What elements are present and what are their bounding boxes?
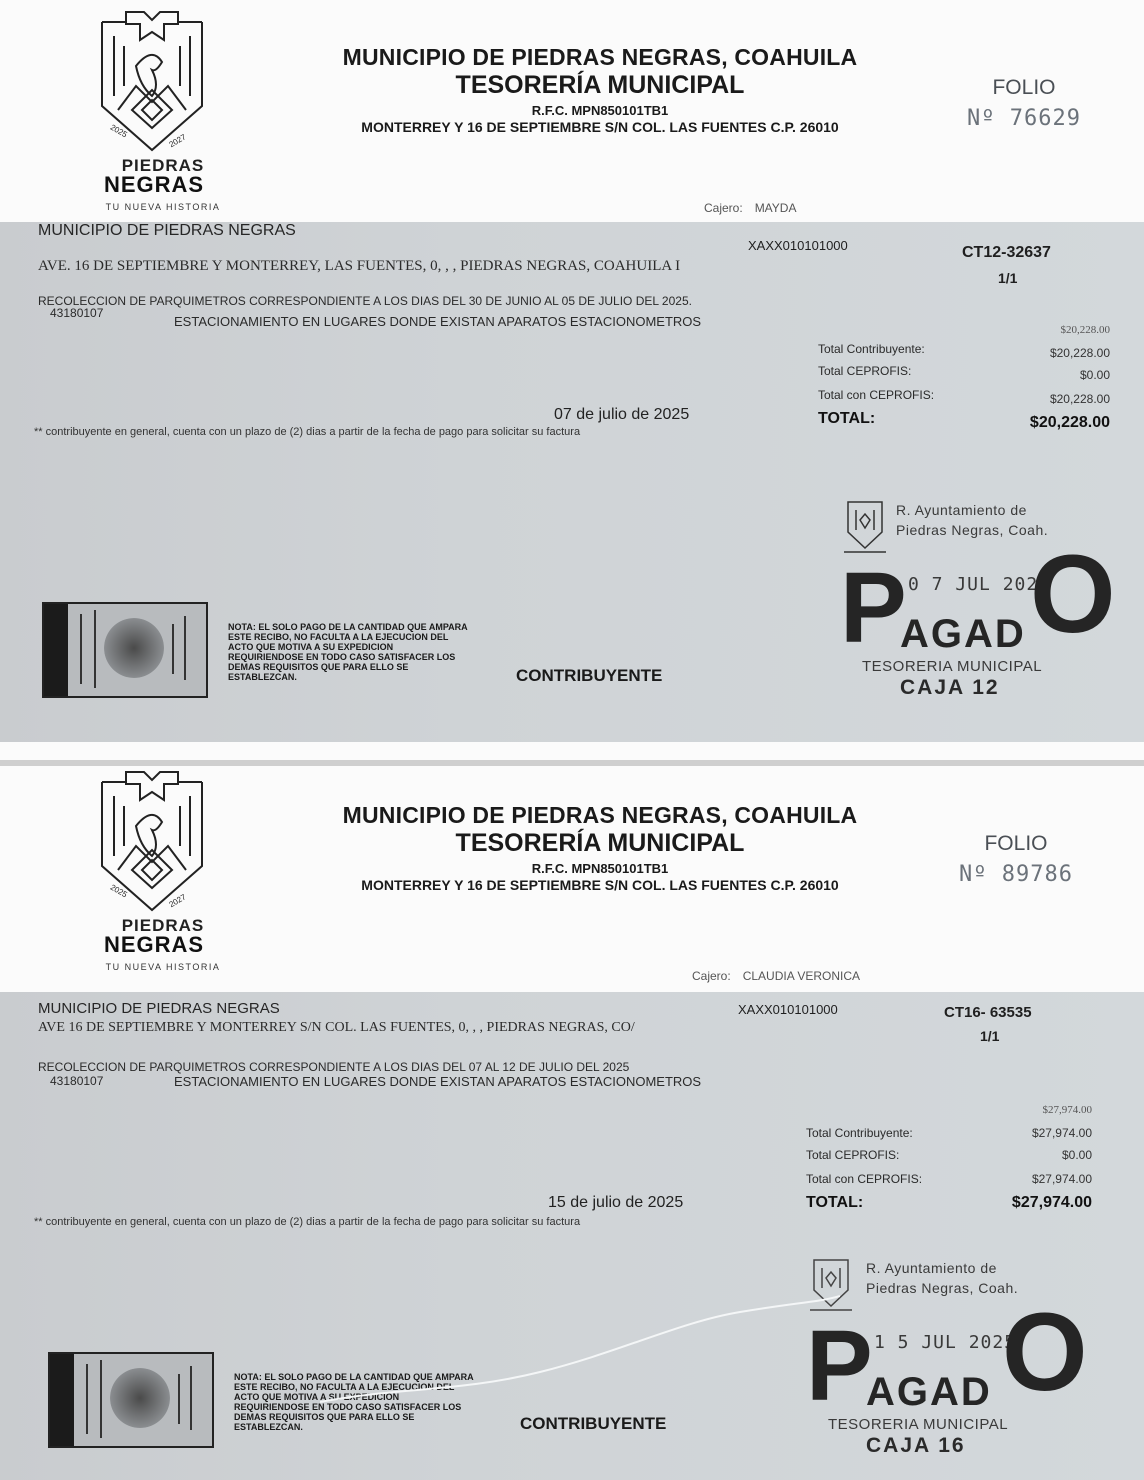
- qr-code-sticker: [48, 1352, 214, 1448]
- ayuntamiento-seal-icon: [840, 496, 890, 556]
- total-contribuyente-label: Total Contribuyente:: [818, 342, 925, 356]
- receipt-id: CT16- 63535: [944, 1004, 1032, 1021]
- stamp-ayuntamiento: R. Ayuntamiento de Piedras Negras, Coah.: [896, 500, 1048, 540]
- header-address: MONTERREY Y 16 DE SEPTIEMBRE S/N COL. LA…: [270, 877, 930, 893]
- ayuntamiento-seal-icon: [806, 1254, 856, 1314]
- paid-stamp: R. Ayuntamiento de Piedras Negras, Coah.…: [840, 490, 1100, 710]
- folio-number: Nº 76629: [954, 106, 1094, 131]
- total-ceprofis-label: Total CEPROFIS:: [806, 1148, 899, 1162]
- concept-code: 43180107: [50, 306, 103, 320]
- concept-description: ESTACIONAMIENTO EN LUGARES DONDE EXISTAN…: [174, 314, 701, 329]
- receipt-header: MUNICIPIO DE PIEDRAS NEGRAS, COAHUILA TE…: [270, 44, 930, 135]
- stamp-agad: AGAD: [900, 612, 1026, 657]
- total-ceprofis-label: Total CEPROFIS:: [818, 364, 911, 378]
- total-label: TOTAL:: [806, 1194, 863, 1212]
- total-contribuyente-label: Total Contribuyente:: [806, 1126, 913, 1140]
- cashier-name: MAYDA: [755, 201, 797, 215]
- stamp-letter-o: O: [1002, 1298, 1088, 1408]
- municipal-logo: 2025 2027 PIEDRAS NEGRAS TU NUEVA HISTOR…: [62, 766, 242, 976]
- stamp-caja: CAJA 12: [900, 676, 1000, 700]
- stamp-agad: AGAD: [866, 1370, 992, 1415]
- header-address: MONTERREY Y 16 DE SEPTIEMBRE S/N COL. LA…: [270, 119, 930, 135]
- folio-label: FOLIO: [954, 76, 1094, 100]
- total-con-ceprofis-label: Total con CEPROFIS:: [818, 388, 934, 402]
- folio-box: FOLIO Nº 76629: [954, 76, 1094, 131]
- receipt-header: MUNICIPIO DE PIEDRAS NEGRAS, COAHUILA TE…: [270, 802, 930, 893]
- header-subtitle: TESORERÍA MUNICIPAL: [270, 71, 930, 100]
- logo-text-negras: NEGRAS: [66, 932, 242, 958]
- stamp-caja: CAJA 16: [866, 1434, 966, 1458]
- payment-description: RECOLECCION DE PARQUIMETROS CORRESPONDIE…: [38, 294, 692, 308]
- concept-description: ESTACIONAMIENTO EN LUGARES DONDE EXISTAN…: [174, 1074, 701, 1089]
- stamp-letter-p: P: [806, 1316, 873, 1416]
- invoice-footnote: ** contribuyente en general, cuenta con …: [34, 1216, 580, 1228]
- receipt-1: 2025 2027 PIEDRAS NEGRAS TU NUEVA HISTOR…: [0, 0, 1144, 760]
- total-con-ceprofis-label: Total con CEPROFIS:: [806, 1172, 922, 1186]
- total-contribuyente-value: $27,974.00: [972, 1126, 1092, 1140]
- cashier-label: Cajero:: [692, 969, 731, 983]
- stamp-letter-o: O: [1030, 540, 1116, 650]
- copy-label: CONTRIBUYENTE: [516, 666, 662, 686]
- stamp-date: 0 7 JUL 2025: [908, 574, 1050, 595]
- logo-tagline: TU NUEVA HISTORIA: [88, 202, 238, 212]
- header-rfc: R.F.C. MPN850101TB1: [270, 103, 930, 118]
- total-label: TOTAL:: [818, 410, 875, 428]
- header-rfc: R.F.C. MPN850101TB1: [270, 861, 930, 876]
- total-contribuyente-value: $20,228.00: [990, 346, 1110, 360]
- receipt-2: 2025 2027 PIEDRAS NEGRAS TU NUEVA HISTOR…: [0, 766, 1144, 1480]
- eagle-shield-icon: 2025 2027: [96, 766, 208, 916]
- total-con-ceprofis-value: $27,974.00: [972, 1172, 1092, 1186]
- svg-text:2025: 2025: [109, 883, 129, 900]
- stamp-tesoreria: TESORERIA MUNICIPAL: [862, 658, 1042, 675]
- header-title: MUNICIPIO DE PIEDRAS NEGRAS, COAHUILA: [270, 802, 930, 829]
- taxpayer-name: MUNICIPIO DE PIEDRAS NEGRAS: [38, 222, 296, 240]
- eagle-shield-icon: 2025 2027: [96, 6, 208, 156]
- stamp-tesoreria: TESORERIA MUNICIPAL: [828, 1416, 1008, 1433]
- municipal-logo: 2025 2027 PIEDRAS NEGRAS TU NUEVA HISTOR…: [62, 6, 242, 216]
- logo-tagline: TU NUEVA HISTORIA: [88, 962, 238, 972]
- payment-description: RECOLECCION DE PARQUIMETROS CORRESPONDIE…: [38, 1060, 629, 1074]
- receipt-id: CT12-32637: [962, 244, 1051, 262]
- page-count: 1/1: [998, 270, 1017, 286]
- stamp-ayuntamiento: R. Ayuntamiento de Piedras Negras, Coah.: [866, 1258, 1018, 1298]
- header-title: MUNICIPIO DE PIEDRAS NEGRAS, COAHUILA: [270, 44, 930, 71]
- stamp-letter-p: P: [840, 558, 907, 658]
- invoice-footnote: ** contribuyente en general, cuenta con …: [34, 426, 580, 438]
- taxpayer-address: AVE. 16 DE SEPTIEMBRE Y MONTERREY, LAS F…: [38, 258, 680, 275]
- folio-box: FOLIO Nº 89786: [946, 832, 1086, 887]
- total-value: $20,228.00: [950, 414, 1110, 432]
- folio-number: Nº 89786: [946, 862, 1086, 887]
- legal-note: NOTA: EL SOLO PAGO DE LA CANTIDAD QUE AM…: [228, 622, 468, 682]
- total-ceprofis-value: $0.00: [990, 368, 1110, 382]
- header-subtitle: TESORERÍA MUNICIPAL: [270, 829, 930, 858]
- total-value: $27,974.00: [932, 1194, 1092, 1212]
- cashier: Cajero:CLAUDIA VERONICA: [692, 969, 860, 983]
- folio-label: FOLIO: [946, 832, 1086, 856]
- qr-code-sticker: [42, 602, 208, 698]
- total-con-ceprofis-value: $20,228.00: [990, 392, 1110, 406]
- taxpayer-rfc: XAXX010101000: [748, 238, 848, 253]
- cashier-label: Cajero:: [704, 201, 743, 215]
- concept-code: 43180107: [50, 1074, 103, 1088]
- svg-text:2025: 2025: [109, 123, 129, 140]
- receipt-date: 07 de julio de 2025: [554, 406, 689, 424]
- receipt-body: MUNICIPIO DE PIEDRAS NEGRAS AVE. 16 DE S…: [0, 222, 1144, 742]
- total-ceprofis-value: $0.00: [972, 1148, 1092, 1162]
- legal-note: NOTA: EL SOLO PAGO DE LA CANTIDAD QUE AM…: [234, 1372, 474, 1432]
- receipt-date: 15 de julio de 2025: [548, 1194, 683, 1212]
- line-amount: $20,228.00: [990, 324, 1110, 336]
- page-count: 1/1: [980, 1028, 999, 1044]
- taxpayer-name: MUNICIPIO DE PIEDRAS NEGRAS: [38, 1000, 280, 1017]
- cashier-name: CLAUDIA VERONICA: [743, 969, 860, 983]
- paid-stamp: R. Ayuntamiento de Piedras Negras, Coah.…: [806, 1248, 1066, 1468]
- logo-text-negras: NEGRAS: [66, 172, 242, 198]
- receipt-body: MUNICIPIO DE PIEDRAS NEGRAS AVE 16 DE SE…: [0, 992, 1144, 1480]
- stamp-date: 1 5 JUL 2025: [874, 1332, 1016, 1353]
- copy-label: CONTRIBUYENTE: [520, 1414, 666, 1434]
- taxpayer-rfc: XAXX010101000: [738, 1002, 838, 1017]
- cashier: Cajero:MAYDA: [704, 201, 796, 215]
- line-amount: $27,974.00: [972, 1104, 1092, 1116]
- taxpayer-address: AVE 16 DE SEPTIEMBRE Y MONTERREY S/N COL…: [38, 1020, 635, 1036]
